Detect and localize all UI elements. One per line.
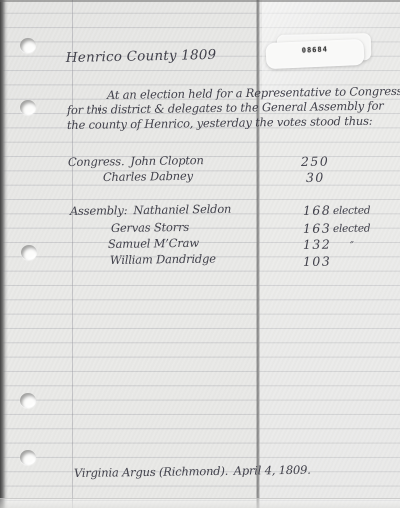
scanned-notebook-page: 08684 Henrico County 1809 " At an electi… <box>0 0 400 508</box>
scan-edge-bottom <box>0 498 400 508</box>
candidate-name: Gervas Storrs <box>111 220 189 235</box>
punch-hole <box>20 450 36 465</box>
candidate-name: William Dandridge <box>110 252 216 267</box>
punch-hole <box>21 245 37 260</box>
vote-count: 103 <box>303 254 332 269</box>
vote-count: 250 <box>301 154 330 169</box>
congress-row: Congress.John Clopton <box>68 153 204 169</box>
margin-line <box>72 0 73 508</box>
scan-edge-top <box>0 0 400 2</box>
scan-edge-left <box>0 0 8 508</box>
vote-count: 132 <box>303 237 332 252</box>
elected-note: elected <box>333 222 371 235</box>
congress-heading: Congress. <box>68 154 125 169</box>
punch-hole <box>20 38 36 53</box>
ditto-mark: ″ <box>350 240 354 252</box>
punch-hole <box>20 100 36 115</box>
assembly-heading: Assembly: <box>70 203 128 218</box>
candidate-name: John Clopton <box>130 153 204 168</box>
assembly-row: Assembly:Nathaniel Seldon <box>70 202 232 218</box>
catalog-sticker: 08684 <box>265 39 364 69</box>
vote-count: 30 <box>306 170 325 185</box>
elected-note: elected <box>333 204 371 217</box>
candidate-name: Samuel M’Craw <box>108 236 199 251</box>
vote-count: 163 <box>303 221 332 236</box>
fold-crease <box>256 0 260 508</box>
page-title: Henrico County 1809 <box>66 47 217 66</box>
candidate-name: Nathaniel Seldon <box>133 202 231 217</box>
vote-count: 168 <box>303 203 332 218</box>
punch-hole <box>20 393 36 408</box>
candidate-name: Charles Dabney <box>103 169 193 184</box>
